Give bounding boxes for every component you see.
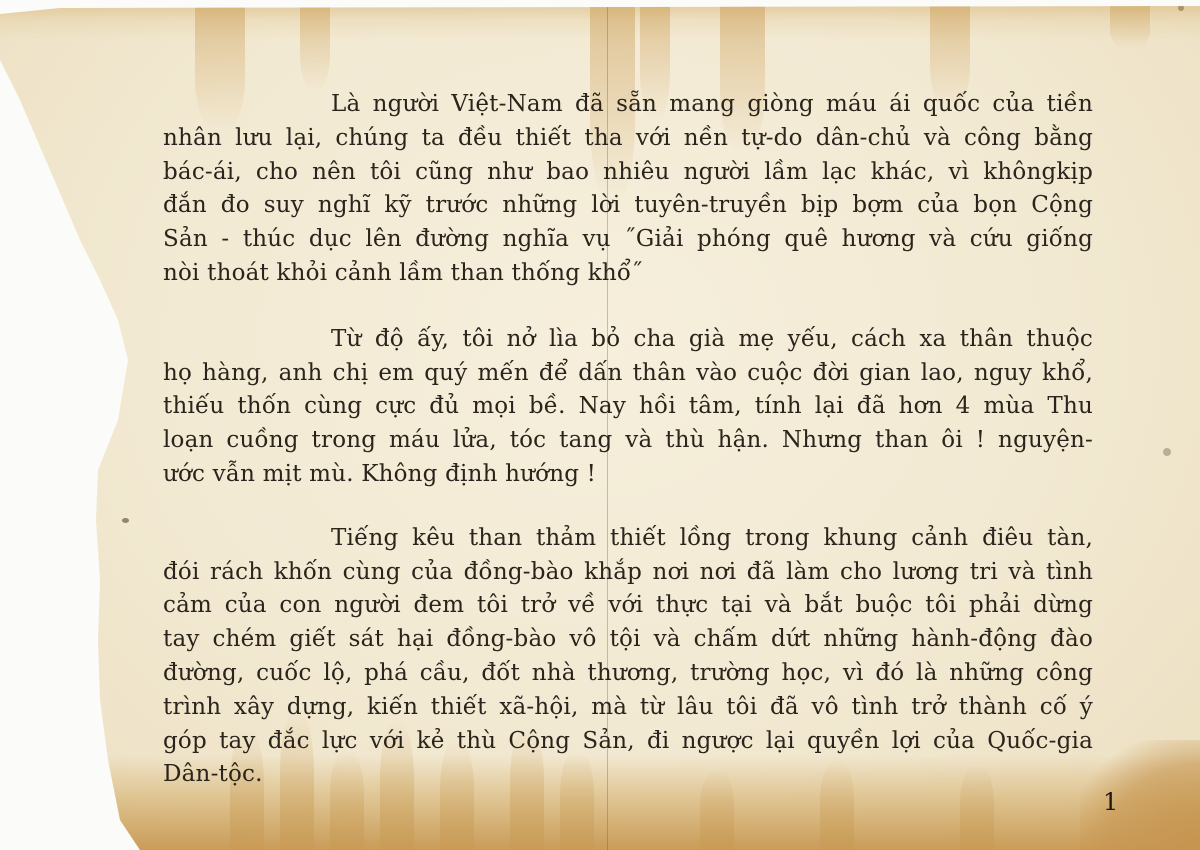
text-line: bác-ái, cho nên tôi cũng như bao nhiêu n… [163, 156, 1093, 190]
text-line: Là người Việt-Nam đã sẵn mang giòng máu … [163, 88, 1093, 122]
ink-speck [1178, 5, 1184, 11]
document-body: Là người Việt-Nam đã sẵn mang giòng máu … [163, 88, 1093, 792]
paragraph-2: Từ độ ấy, tôi nở lìa bỏ cha già mẹ yếu, … [163, 323, 1093, 492]
document-page: Là người Việt-Nam đã sẵn mang giòng máu … [0, 0, 1200, 850]
text-line: đói rách khốn cùng của đồng-bào khắp nơi… [163, 556, 1093, 590]
text-line: góp tay đắc lực với kẻ thù Cộng Sản, đi … [163, 725, 1093, 759]
ink-speck [122, 518, 129, 523]
page-number: 1 [1103, 788, 1118, 816]
text-line: đường, cuốc lộ, phá cầu, đốt nhà thương,… [163, 657, 1093, 691]
text-line: Dân-tộc. [163, 758, 1093, 792]
text-line: đắn đo suy nghĩ kỹ trước những lời tuyên… [163, 189, 1093, 223]
text-line: Tiếng kêu than thảm thiết lồng trong khu… [163, 522, 1093, 556]
text-line: nhân lưu lại, chúng ta đều thiết tha với… [163, 122, 1093, 156]
text-line: nòi thoát khỏi cảnh lầm than thống khổ˝ [163, 257, 1093, 291]
paragraph-3: Tiếng kêu than thảm thiết lồng trong khu… [163, 522, 1093, 792]
text-line: Từ độ ấy, tôi nở lìa bỏ cha già mẹ yếu, … [163, 323, 1093, 357]
paragraph-1: Là người Việt-Nam đã sẵn mang giòng máu … [163, 88, 1093, 291]
stain-drip [300, 0, 330, 90]
text-line: loạn cuồng trong máu lửa, tóc tang và th… [163, 424, 1093, 458]
corner-stain [1080, 740, 1200, 850]
text-line: ước vẫn mịt mù. Không định hướng ! [163, 458, 1093, 492]
text-line: thiếu thốn cùng cực đủ mọi bề. Nay hồi t… [163, 390, 1093, 424]
text-line: họ hàng, anh chị em quý mến để dấn thân … [163, 357, 1093, 391]
text-line: tay chém giết sát hại đồng-bào vô tội và… [163, 623, 1093, 657]
text-line: Sản - thúc dục lên đường nghĩa vụ ˝Giải … [163, 223, 1093, 257]
ink-speck [1163, 448, 1171, 456]
text-line: trình xây dựng, kiến thiết xã-hội, mà từ… [163, 691, 1093, 725]
text-line: cảm của con người đem tôi trở về với thự… [163, 589, 1093, 623]
stain-drip [1110, 0, 1150, 50]
